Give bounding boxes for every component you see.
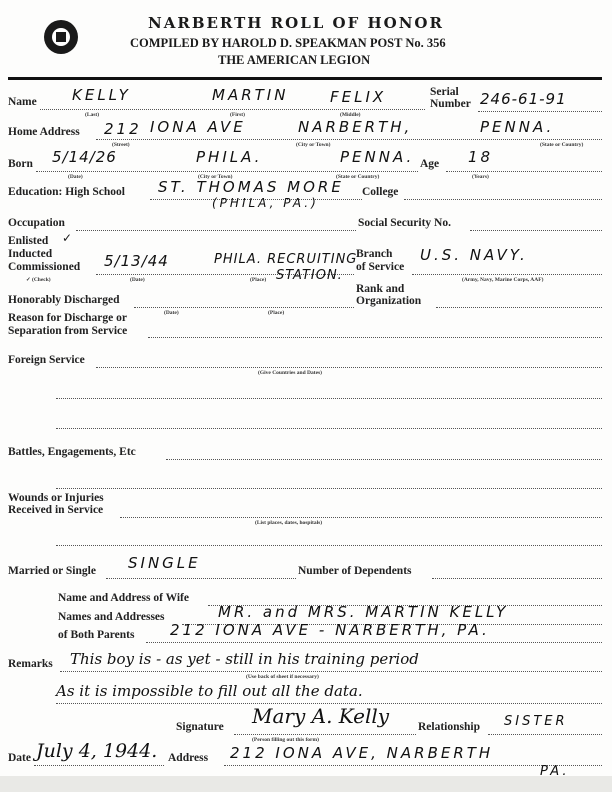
street-number-value[interactable]: 212 [104,120,142,138]
state-value[interactable]: PENNA. [480,118,554,136]
discharge-date-hint: (Date) [164,310,179,316]
foreign-service-hint: (Give Countries and Dates) [258,370,322,376]
header-rule [8,77,602,80]
college-line [404,199,602,200]
relationship-value[interactable]: SISTER [504,714,568,729]
branch-label: Branch [356,248,392,260]
born-date-hint: (Date) [68,174,83,180]
inducted-label: Inducted [8,248,52,260]
enlisted-label: Enlisted [8,235,48,247]
relationship-label: Relationship [418,721,480,733]
born-city-value[interactable]: PHILA. [196,148,262,166]
age-value[interactable]: 18 [468,148,493,166]
parents-label-1: Names and Addresses [58,611,165,623]
name-label: Name [8,96,37,108]
remarks-label: Remarks [8,658,53,670]
rank-line [436,307,602,308]
born-label: Born [8,158,33,170]
education-label: Education: High School [8,186,125,198]
parents-names-value[interactable]: MR. and MRS. MARTIN KELLY [218,603,508,621]
reason-label-2: Separation from Service [8,325,127,337]
reason-label-1: Reason for Discharge or [8,312,127,324]
service-place-value-2[interactable]: STATION. [276,268,343,283]
branch-hint: (Army, Navy, Marine Corps, AAF) [462,277,543,283]
battles-line-2 [56,488,602,489]
address-label: Address [168,752,208,764]
wounds-hint: (List places, dates, hospitals) [255,520,322,526]
foreign-service-label: Foreign Service [8,354,85,366]
discharge-place-hint: (Place) [268,310,284,316]
foreign-service-line-2 [56,398,602,399]
commissioned-label: Commissioned [8,261,80,273]
address-value[interactable]: 212 IONA AVE, NARBERTH [230,744,493,762]
high-school-value[interactable]: ST. THOMAS MORE [158,178,344,196]
battles-label: Battles, Engagements, Etc [8,446,136,458]
service-place-value[interactable]: PHILA. RECRUITING [214,252,357,267]
wounds-line-2 [56,545,602,546]
remarks-hint: (Use back of sheet if necessary) [246,674,319,680]
city-value[interactable]: NARBERTH, [298,118,412,136]
check-hint: ✓ (Check) [26,277,51,283]
born-date-value[interactable]: 5/14/26 [52,148,117,166]
age-label: Age [420,158,439,170]
branch-value[interactable]: U.S. NAVY. [420,246,528,264]
serial-number-value[interactable]: 246-61-91 [480,90,567,108]
rank-and-label: Rank and [356,283,404,295]
last-hint: (Last) [85,112,99,118]
first-name-value[interactable]: MARTIN [212,86,288,104]
form-title: NARBERTH ROLL OF HONOR [148,14,444,32]
occupation-line [76,230,356,231]
date-label: Date [8,752,31,764]
of-service-label: of Service [356,261,404,273]
state-hint: (State or Country) [540,142,583,148]
torn-edge [0,776,612,792]
battles-line [166,459,602,460]
ssn-line [470,230,602,231]
form-subtitle: COMPILED BY HAROLD D. SPEAKMAN POST No. … [130,36,446,51]
name-line [40,109,425,110]
remarks-value-1[interactable]: This boy is - as yet - still in his trai… [70,650,419,668]
foreign-service-line [96,367,602,368]
born-state-value[interactable]: PENNA. [340,148,414,166]
parents-label-2: of Both Parents [58,629,134,641]
form-organization: THE AMERICAN LEGION [218,53,370,68]
enlisted-checkmark[interactable]: ✓ [62,231,72,246]
relationship-line [488,734,602,735]
american-legion-emblem-icon [44,20,78,54]
number-label: Number [430,98,471,110]
years-hint: (Years) [472,174,489,180]
born-line [36,171,418,172]
reason-line [148,337,602,338]
street-value[interactable]: IONA AVE [150,118,246,136]
service-place-hint: (Place) [250,277,266,283]
signature-value[interactable]: Mary A. Kelly [252,704,389,728]
home-address-label: Home Address [8,126,80,138]
home-address-line [96,139,602,140]
ssn-label: Social Security No. [358,217,451,229]
dependents-line [432,578,602,579]
wife-label: Name and Address of Wife [58,592,189,604]
high-school-note[interactable]: (PHILA, PA.) [212,196,319,210]
age-line [446,171,602,172]
wounds-line [120,517,602,518]
signature-hint: (Person filling out this form) [252,737,319,743]
occupation-label: Occupation [8,217,65,229]
serial-label: Serial [430,86,459,98]
service-date-value[interactable]: 5/13/44 [104,252,169,270]
parents-line-2 [146,642,602,643]
signature-label: Signature [176,721,224,733]
wounds-label-1: Wounds or Injuries [8,492,104,504]
date-line [34,765,164,766]
dependents-label: Number of Dependents [298,565,412,577]
branch-line [412,274,602,275]
remarks-line-1 [60,671,602,672]
wounds-label-2: Received in Service [8,504,103,516]
last-name-value[interactable]: KELLY [72,86,131,104]
date-value[interactable]: July 4, 1944. [36,740,157,762]
parents-address-value[interactable]: 212 IONA AVE - NARBERTH, PA. [170,621,490,639]
roll-of-honor-form: NARBERTH ROLL OF HONOR COMPILED BY HAROL… [0,0,612,792]
marital-status-value[interactable]: SINGLE [128,554,201,572]
discharge-line [134,307,354,308]
city-hint: (City or Town) [296,142,330,148]
honorably-discharged-label: Honorably Discharged [8,294,120,306]
service-date-hint: (Date) [130,277,145,283]
married-label: Married or Single [8,565,96,577]
signature-line [234,734,416,735]
middle-name-value[interactable]: FELIX [330,88,386,106]
married-line [106,578,296,579]
foreign-service-line-3 [56,428,602,429]
organization-label: Organization [356,295,421,307]
college-label: College [362,186,398,198]
serial-line [478,111,602,112]
remarks-value-2[interactable]: As it is impossible to fill out all the … [56,682,363,700]
